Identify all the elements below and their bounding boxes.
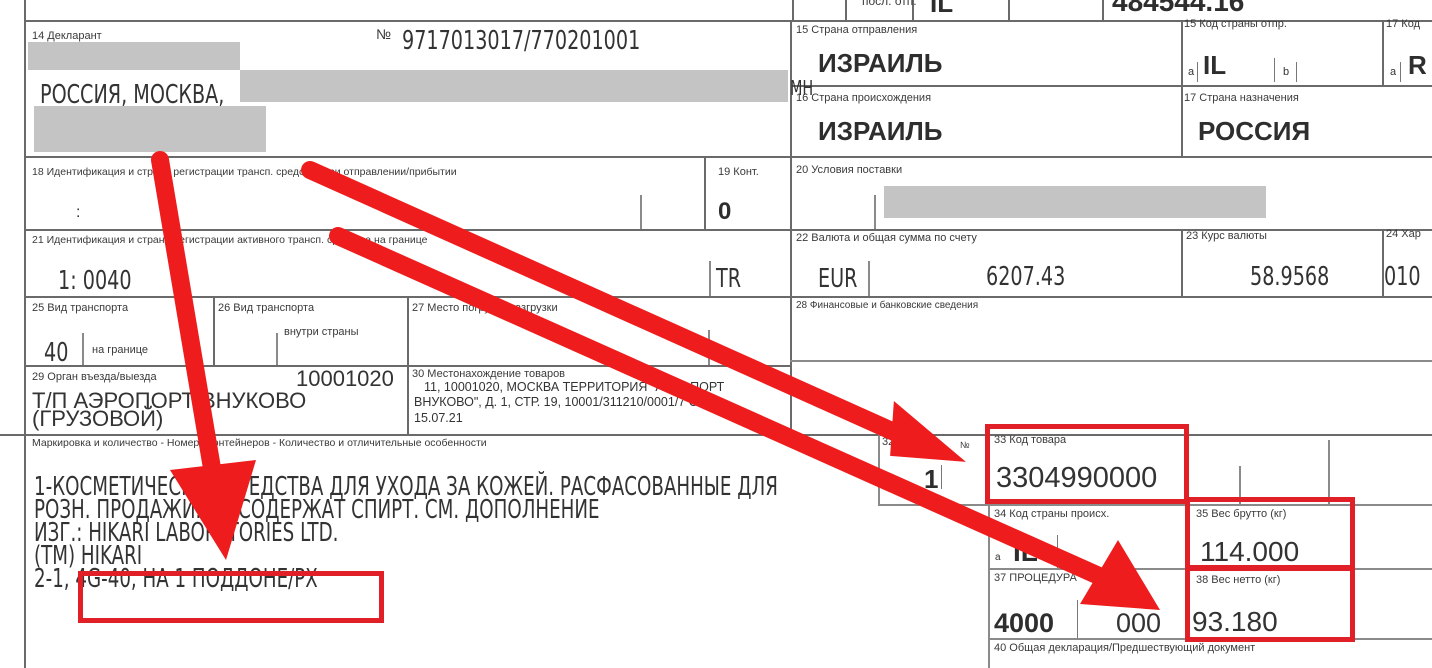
box-21-value: 1: 0040	[58, 266, 132, 296]
form-border-left	[24, 0, 26, 438]
box-16-label: 16 Страна происхождения	[796, 92, 931, 104]
box-30-line2: ВНУКОВО", Д. 1, СТР. 19, 10001/311210/00…	[414, 395, 706, 409]
box-32-sublabel: №	[960, 440, 970, 450]
divider	[1400, 62, 1401, 82]
box-31-label: Маркировка и количество - Номера контейн…	[32, 437, 487, 449]
box-34-value: IL	[1013, 536, 1038, 568]
divider	[1274, 58, 1275, 82]
box-14-number: 9717013017/770201001	[402, 26, 640, 56]
divider	[708, 330, 710, 366]
divider	[874, 195, 876, 229]
box-19-label: 19 Конт.	[718, 166, 759, 178]
divider	[845, 0, 847, 20]
box-15-value: ИЗРАИЛЬ	[818, 48, 942, 79]
divider	[1382, 20, 1384, 85]
box-28-label: 28 Финансовые и банковские сведения	[796, 300, 978, 311]
divider	[1008, 0, 1010, 20]
box-24-value: 010	[1384, 262, 1421, 292]
arrow-head-icon	[888, 401, 971, 464]
divider	[640, 195, 642, 229]
form-border-left-lower	[24, 438, 26, 668]
divider	[1296, 62, 1297, 82]
box-18-value: :	[76, 204, 80, 222]
divider	[709, 261, 711, 296]
box-21-country: TR	[716, 264, 741, 294]
divider	[1328, 440, 1330, 504]
divider	[0, 434, 1432, 436]
divider	[1181, 20, 1183, 157]
box-37-label: 37 ПРОЦЕДУРА	[994, 572, 1077, 584]
highlight-commodity-code	[985, 424, 1189, 504]
box-37-value-sub: 000	[1116, 608, 1161, 639]
box-17-sub-a: a	[1390, 66, 1396, 78]
box-30-line3: 15.07.21	[414, 411, 463, 425]
divider	[24, 156, 1432, 158]
box-22-currency: EUR	[818, 264, 857, 294]
box-14-number-prefix: №	[376, 26, 391, 42]
divider	[1077, 600, 1078, 638]
arrow-to-packages	[160, 160, 214, 480]
box-27-label: 27 Место погрузки/разгрузки	[412, 302, 558, 314]
highlight-gross-weight	[1185, 497, 1355, 570]
box-15-label: 15 Страна отправления	[796, 24, 917, 36]
divider	[1197, 62, 1198, 82]
box-23-value: 58.9568	[1250, 262, 1329, 292]
box-15-sub-a: a	[1188, 66, 1194, 78]
box-22-label: 22 Валюта и общая сумма по счету	[796, 232, 977, 244]
box-25-sublabel: на границе	[92, 344, 148, 356]
box-25-value: 40	[44, 338, 68, 368]
arrow-head-icon	[1080, 540, 1160, 610]
box-20-label: 20 Условия поставки	[796, 164, 902, 176]
top-amount: 484544.16	[1112, 0, 1244, 18]
divider	[82, 333, 84, 366]
box-26-sublabel: внутри страны	[284, 326, 359, 338]
box-19-value: 0	[718, 198, 731, 226]
box-34-sub-a: a	[995, 552, 1001, 563]
divider	[792, 0, 794, 20]
box-15-code-value: IL	[1203, 50, 1226, 81]
divider	[24, 296, 1432, 298]
box-29-code: 10001020	[296, 366, 394, 392]
redaction	[884, 186, 1266, 218]
divider	[213, 296, 215, 366]
box-24-label: 24 Хар	[1386, 228, 1421, 240]
highlight-net-weight	[1185, 566, 1355, 642]
label-posl-otp: посл. отп.	[862, 0, 917, 8]
box-15-code-label: 15 Код страны отпр.	[1184, 18, 1287, 30]
divider	[24, 365, 790, 367]
top-country-code: IL	[930, 0, 953, 19]
box-14-label: 14 Декларант	[32, 30, 102, 42]
box-18-label: 18 Идентификация и страна регистрации тр…	[32, 166, 457, 178]
redaction	[240, 70, 788, 102]
divider	[704, 156, 706, 230]
highlight-packages	[78, 571, 384, 623]
divider	[1057, 535, 1058, 568]
box-23-label: 23 Курс валюты	[1186, 230, 1267, 242]
redaction	[28, 42, 240, 70]
redaction	[34, 106, 266, 152]
box-21-label: 21 Идентификация и страна регистрации ак…	[32, 234, 428, 246]
box-30-line1: 11, 10001020, МОСКВА ТЕРРИТОРИЯ "АЭРОПОР…	[424, 380, 724, 394]
box-40-label: 40 Общая декларация/Предшествующий докум…	[994, 642, 1255, 654]
box-29-value-line2: (ГРУЗОВОЙ)	[32, 406, 163, 432]
box-17-value: РОССИЯ	[1198, 116, 1310, 147]
divider	[1181, 229, 1183, 297]
box-32-label: 32	[882, 436, 894, 448]
box-16-value: ИЗРАИЛЬ	[818, 116, 942, 147]
box-22-amount: 6207.43	[986, 262, 1065, 292]
divider	[1102, 0, 1104, 20]
box-26-label: 26 Вид транспорта	[218, 302, 314, 314]
box-37-value-main: 4000	[994, 608, 1054, 639]
box-17-code-label: 17 Код	[1386, 18, 1420, 30]
divider	[868, 261, 870, 296]
box-17-code-value: R	[1408, 50, 1427, 81]
box-17-label: 17 Страна назначения	[1184, 92, 1299, 104]
box-25-label: 25 Вид транспорта	[32, 302, 128, 314]
divider	[790, 360, 1432, 362]
box-30-label: 30 Местонахождение товаров	[412, 368, 565, 380]
divider	[790, 85, 1432, 87]
divider	[276, 333, 278, 366]
box-32-value: 1	[924, 464, 938, 495]
box-34-label: 34 Код страны происх.	[994, 508, 1109, 520]
box-29-label: 29 Орган въезда/выезда	[32, 371, 157, 383]
box-15-sub-b: b	[1283, 66, 1289, 78]
divider	[941, 465, 942, 489]
divider	[878, 433, 880, 505]
